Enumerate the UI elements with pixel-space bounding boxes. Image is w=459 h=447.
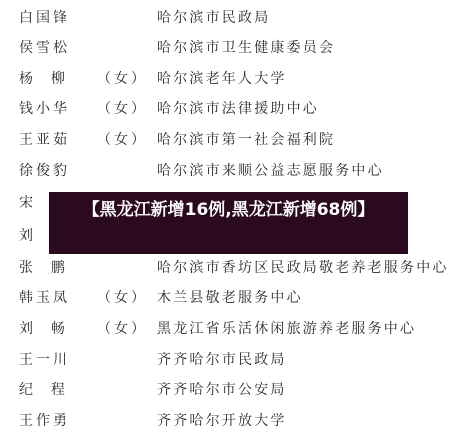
- organization: 哈尔滨市第一社会福利院: [157, 130, 335, 150]
- person-name: 王作勇: [19, 411, 70, 431]
- organization: 哈尔滨市法律援助中心: [157, 99, 319, 119]
- person-name: 白国锋: [19, 8, 70, 28]
- organization: 黑龙江省乐活休闲旅游养老服务中心: [157, 319, 416, 339]
- gender-note: （女）: [97, 319, 148, 339]
- person-name: 杨 柳: [19, 69, 68, 89]
- list-item: 张 鹏 哈尔滨市香坊区民政局敬老养老服务中心: [0, 258, 459, 278]
- list-item: 徐俊豹 哈尔滨市来顺公益志愿服务中心: [0, 161, 459, 181]
- organization: 哈尔滨市卫生健康委员会: [157, 38, 335, 58]
- list-item: 白国锋 哈尔滨市民政局: [0, 8, 459, 28]
- person-name: 张 鹏: [19, 258, 68, 278]
- headline-overlay: 【黑龙江新增16例,黑龙江新增68例】: [49, 192, 408, 254]
- gender-note: （女）: [97, 99, 148, 119]
- list-item: 纪 程 齐齐哈尔市公安局: [0, 380, 459, 400]
- person-name: 刘: [19, 226, 36, 246]
- organization: 齐齐哈尔市民政局: [157, 350, 287, 370]
- list-item: 王作勇 齐齐哈尔开放大学: [0, 411, 459, 431]
- person-name: 王亚茹: [19, 130, 70, 150]
- gender-note: （女）: [97, 69, 148, 89]
- list-item: 杨 柳 （女） 哈尔滨老年人大学: [0, 69, 459, 89]
- gender-note: （女）: [97, 130, 148, 150]
- organization: 齐齐哈尔开放大学: [157, 411, 287, 431]
- list-item: 钱小华 （女） 哈尔滨市法律援助中心: [0, 99, 459, 119]
- person-name: 钱小华: [19, 99, 70, 119]
- organization: 齐齐哈尔市公安局: [157, 380, 287, 400]
- list-item: 侯雪松 哈尔滨市卫生健康委员会: [0, 38, 459, 58]
- organization: 哈尔滨老年人大学: [157, 69, 287, 89]
- person-name: 侯雪松: [19, 38, 70, 58]
- organization: 哈尔滨市民政局: [157, 8, 270, 28]
- person-name: 徐俊豹: [19, 161, 70, 181]
- list-item: 刘 畅 （女） 黑龙江省乐活休闲旅游养老服务中心: [0, 319, 459, 339]
- list-item: 韩玉凤 （女） 木兰县敬老服务中心: [0, 288, 459, 308]
- gender-note: （女）: [97, 288, 148, 308]
- person-name: 宋: [19, 193, 36, 213]
- organization: 哈尔滨市来顺公益志愿服务中心: [157, 161, 384, 181]
- organization: 哈尔滨市香坊区民政局敬老养老服务中心: [157, 258, 449, 278]
- organization: 木兰县敬老服务中心: [157, 288, 303, 308]
- person-name: 王一川: [19, 350, 70, 370]
- list-item: 王一川 齐齐哈尔市民政局: [0, 350, 459, 370]
- person-name: 刘 畅: [19, 319, 68, 339]
- headline-title: 【黑龙江新增16例,黑龙江新增68例】: [83, 200, 375, 220]
- person-name: 纪 程: [19, 380, 68, 400]
- list-item: 王亚茹 （女） 哈尔滨市第一社会福利院: [0, 130, 459, 150]
- person-name: 韩玉凤: [19, 288, 70, 308]
